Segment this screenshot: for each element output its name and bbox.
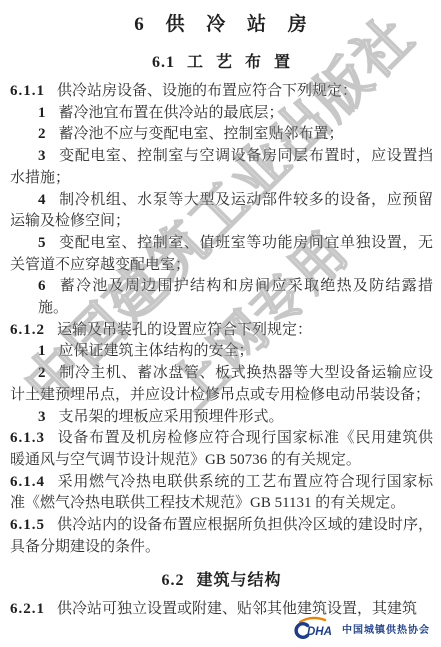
clause-number: 6.1.2	[10, 322, 45, 338]
section-heading: 6.2 建筑与结构	[10, 571, 433, 591]
section-heading: 6.1 工 艺 布 置	[10, 53, 433, 73]
clause-number: 6.1.4	[10, 474, 45, 490]
item-line: 3变配电室、控制室与空调设备房同层布置时，应设置挡	[10, 146, 433, 168]
clause-number: 6.1.3	[10, 430, 45, 446]
item-line: 4制冷机组、水泵等大型及运动部件较多的设备，应预留	[10, 190, 433, 212]
clause-line: 具备分期建设的条件。	[10, 537, 433, 559]
item-line: 2蓄冷池不应与变配电室、控制室贴邻布置；	[10, 124, 433, 146]
clause-number: 6.2.1	[10, 601, 45, 617]
clause-line: 6.1.5供冷站内的设备布置应根据所负担供冷区域的建设时序，	[10, 515, 433, 537]
item-line: 1蓄冷池宜布置在供冷站的最底层；	[10, 103, 433, 125]
clause-line: 准《燃气冷热电联供工程技术规范》GB 51131 的有关规定。	[10, 493, 433, 515]
document-page: 中国建筑工业出版社 上网专用 6 供 冷 站 房6.1 工 艺 布 置6.1.1…	[0, 0, 441, 647]
item-number: 1	[38, 343, 47, 359]
item-number: 3	[38, 148, 47, 164]
item-number: 1	[38, 105, 47, 121]
item-line: 2制冷主机、蓄冰盘管、板式换热器等大型设备运输应设	[10, 363, 433, 385]
clause-line: 6.1.3设备布置及机房检修应符合现行国家标准《民用建筑供	[10, 428, 433, 450]
clause-line: 6.1.2运输及吊装孔的设置应符合下列规定：	[10, 320, 433, 342]
dha-logo-icon: DHA	[292, 616, 338, 640]
item-number: 6	[38, 278, 47, 294]
clause-line: 6.1.4采用燃气冷热电联供系统的工艺布置应符合现行国家标	[10, 472, 433, 494]
association-name: 中国城镇供热协会	[342, 621, 430, 636]
item-line: 1应保证建筑主体结构的安全；	[10, 341, 433, 363]
chapter-title: 6 供 冷 站 房	[10, 12, 433, 37]
dha-abbr-text: DHA	[307, 626, 332, 638]
item-number: 3	[38, 409, 47, 425]
item-line: 计土建预埋吊点，并应设计检修吊点或专用检修电动吊装设备；	[10, 385, 433, 407]
item-line: 运输及检修空间；	[10, 211, 433, 233]
item-number: 4	[38, 192, 47, 208]
clause-line: 暖通风与空气调节设计规范》GB 50736 的有关规定。	[10, 450, 433, 472]
document-content: 6 供 冷 站 房6.1 工 艺 布 置6.1.1供冷站房设备、设施的布置应符合…	[10, 10, 433, 621]
item-line: 水措施；	[10, 168, 433, 190]
item-number: 2	[38, 126, 47, 142]
item-line: 5变配电室、控制室、值班室等功能房间宜单独设置，无	[10, 233, 433, 255]
item-line: 3支吊架的埋板应采用预埋件形式。	[10, 407, 433, 429]
clause-number: 6.1.5	[10, 517, 45, 533]
clause-line: 6.1.1供冷站房设备、设施的布置应符合下列规定：	[10, 81, 433, 103]
association-logo: DHA 中国城镇供热协会	[292, 616, 430, 640]
item-number: 5	[38, 235, 47, 251]
item-line: 关管道不应穿越变配电室；	[10, 255, 433, 277]
item-line: 6蓄冷池及周边围护结构和房间应采取绝热及防结露措施。	[10, 276, 433, 319]
item-number: 2	[38, 365, 47, 381]
clause-number: 6.1.1	[10, 83, 45, 99]
